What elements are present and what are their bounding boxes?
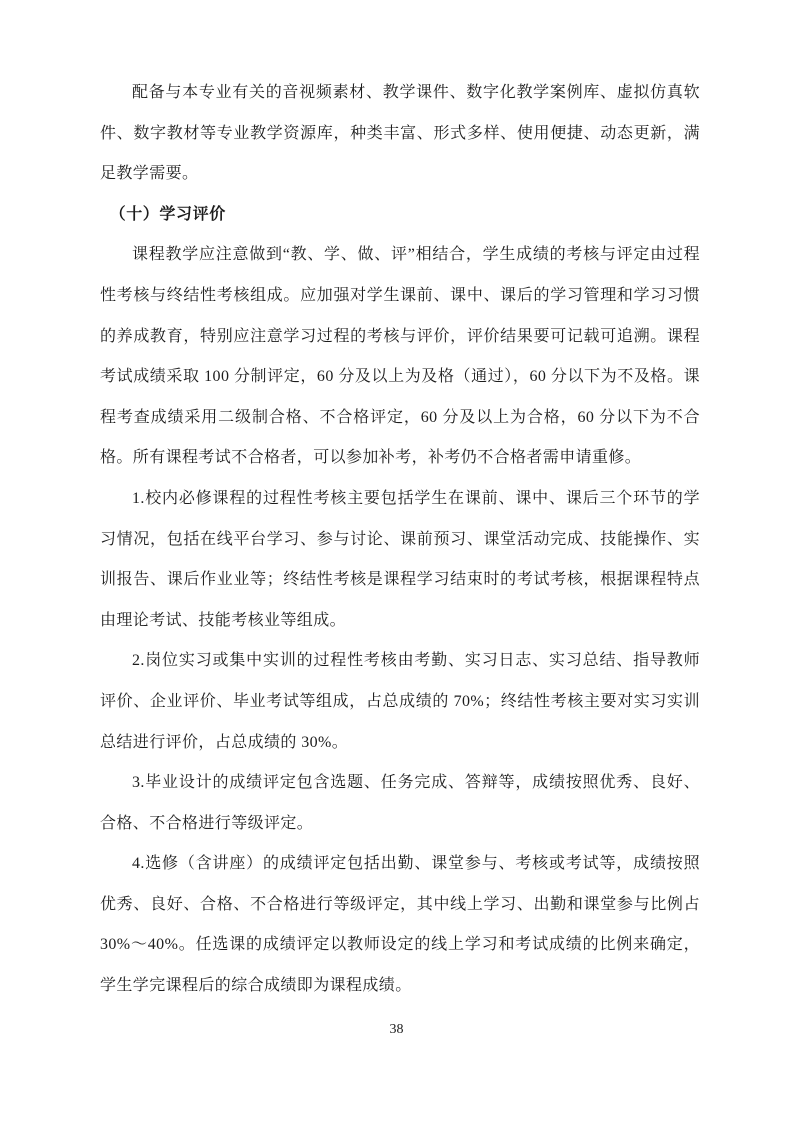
paragraph-item-1-required-courses: 1.校内必修课程的过程性考核主要包括学生在课前、课中、课后三个环节的学习情况，包… bbox=[100, 479, 700, 641]
paragraph-item-3-graduation-design: 3.毕业设计的成绩评定包含选题、任务完成、答辩等，成绩按照优秀、良好、合格、不合… bbox=[100, 763, 700, 844]
document-body: 配备与本专业有关的音视频素材、教学课件、数字化教学案例库、虚拟仿真软件、数字教材… bbox=[100, 73, 700, 1007]
document-page: 配备与本专业有关的音视频素材、教学课件、数字化教学案例库、虚拟仿真软件、数字教材… bbox=[0, 0, 793, 1122]
paragraph-evaluation-overview: 课程教学应注意做到“教、学、做、评”相结合，学生成绩的考核与评定由过程性考核与终… bbox=[100, 235, 700, 479]
paragraph-item-2-internship: 2.岗位实习或集中实训的过程性考核由考勤、实习日志、实习总结、指导教师评价、企业… bbox=[100, 641, 700, 763]
paragraph-resources: 配备与本专业有关的音视频素材、教学课件、数字化教学案例库、虚拟仿真软件、数字教材… bbox=[100, 73, 700, 195]
paragraph-item-4-electives: 4.选修（含讲座）的成绩评定包括出勤、课堂参与、考核或考试等，成绩按照优秀、良好… bbox=[100, 844, 700, 1006]
page-number: 38 bbox=[0, 1020, 793, 1040]
section-heading-learning-evaluation: （十）学习评价 bbox=[100, 195, 700, 236]
